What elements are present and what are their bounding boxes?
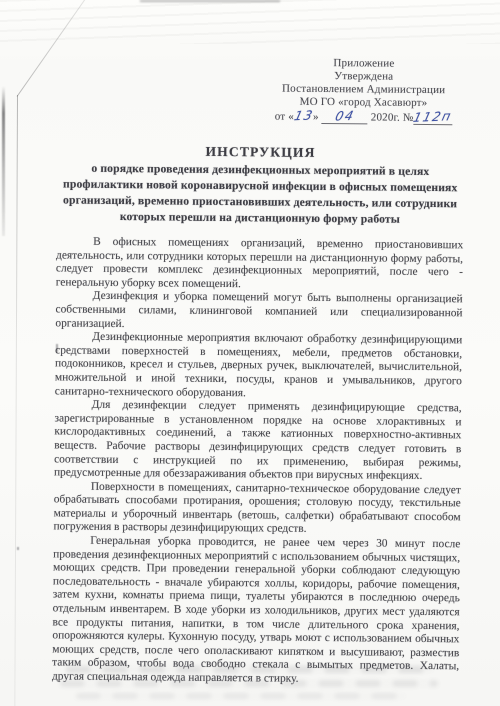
body-paragraph: Поверхности в помещениях, санитарно-техн… bbox=[53, 480, 461, 538]
handwritten-month: 04 bbox=[334, 111, 356, 122]
scan-streaks bbox=[0, 0, 500, 44]
date-prefix: от « bbox=[275, 111, 294, 123]
handwritten-day: 13 bbox=[293, 110, 315, 121]
bleed-through-smudge bbox=[76, 693, 406, 699]
document-body: В офисных помещениях организаций, времен… bbox=[52, 235, 463, 687]
page-content: Приложение Утверждена Постановлением Адм… bbox=[52, 54, 465, 687]
document-subtitle: о порядке проведения дезинфекционных мер… bbox=[56, 160, 464, 228]
scan-top-smudge bbox=[140, 0, 280, 2]
date-number-blank: 112п bbox=[414, 112, 453, 125]
body-paragraph: Генеральная уборка проводится, не ранее … bbox=[52, 534, 460, 687]
body-paragraph: В офисных помещениях организаций, времен… bbox=[56, 235, 464, 293]
body-paragraph: Дезинфекционные мероприятия включают обр… bbox=[55, 331, 463, 403]
scan-speck bbox=[17, 547, 19, 550]
approval-date-line: от «13»042020г. №112п bbox=[256, 110, 470, 125]
handwritten-number: 112п bbox=[412, 111, 453, 123]
scan-page-edge-line bbox=[14, 95, 18, 706]
approval-line: Постановлением Администрации bbox=[257, 82, 471, 97]
bleed-through-smudge bbox=[60, 680, 438, 687]
body-paragraph: Для дезинфекции следует применять дезинф… bbox=[54, 399, 462, 484]
scan-edge-dark-mark bbox=[2, 86, 5, 236]
date-month-blank: 04 bbox=[322, 111, 368, 124]
date-year-label: 2020г. № bbox=[371, 111, 414, 123]
body-paragraph: Дезинфекция и уборка помещений могут быт… bbox=[55, 290, 462, 335]
document-title: ИНСТРУКЦИЯ bbox=[57, 142, 464, 162]
bleed-through-smudge bbox=[66, 666, 434, 673]
scanned-page: Приложение Утверждена Постановлением Адм… bbox=[0, 0, 500, 706]
approval-block: Приложение Утверждена Постановлением Адм… bbox=[256, 56, 471, 125]
